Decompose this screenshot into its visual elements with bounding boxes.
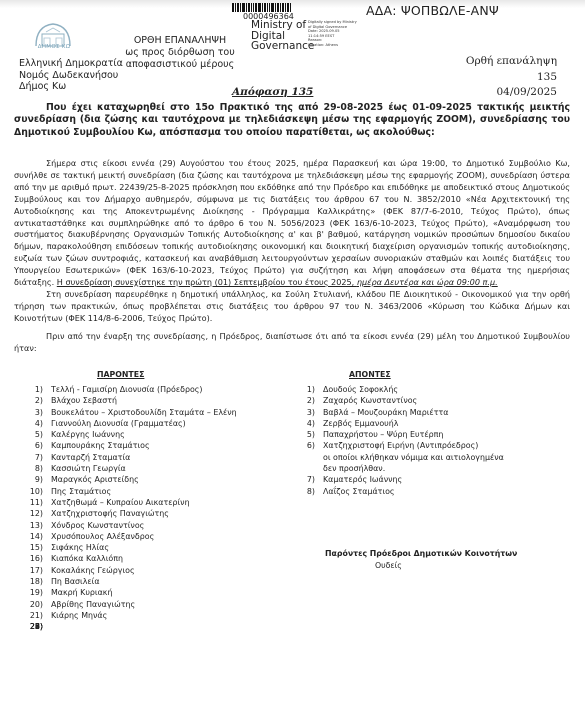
member-list-item: 10)Πης Σταμάτιος bbox=[24, 486, 237, 497]
member-number: 6) bbox=[24, 440, 43, 451]
org-line: Ελληνική Δημοκρατία bbox=[19, 58, 123, 70]
ministry-line: Governance bbox=[251, 41, 314, 52]
absence-note-line: δεν προσήλθαν. bbox=[323, 463, 504, 474]
member-name: Χόνδρος Κωνσταντίνος bbox=[51, 521, 144, 530]
member-number: 8) bbox=[24, 463, 43, 474]
member-name: Πης Σταμάτιος bbox=[51, 487, 111, 496]
digital-signature-block: Digitally signed by Ministry of Digital … bbox=[308, 20, 368, 48]
member-name: Τελλή - Γαμισίρη Διονυσία (Πρόεδρος) bbox=[51, 385, 203, 394]
member-name: Παπαχρήστου – Ψύρη Ευτέρπη bbox=[323, 430, 443, 439]
absence-note: οι οποίοι κλήθηκαν νόμιμα και αιτιολογημ… bbox=[296, 452, 504, 475]
member-name: Κασσιώτη Γεωργία bbox=[51, 464, 126, 473]
quorum-paragraph: Πριν από την έναρξη της συνεδρίασης, η Π… bbox=[14, 331, 570, 355]
member-name: Λαΐζος Σταμάτιος bbox=[323, 487, 395, 496]
member-name: Γιαννούλη Διονυσία (Γραμματέας) bbox=[51, 419, 186, 428]
member-list-item: 5)Παπαχρήστου – Ψύρη Ευτέρπη bbox=[296, 429, 504, 440]
session-text: Σήμερα στις είκοσι εννέα (29) Αυγούστου … bbox=[14, 158, 570, 287]
member-number: 10) bbox=[24, 486, 43, 497]
correction-line: ως προς διόρθωση του bbox=[120, 47, 240, 59]
member-name: Κοκαλάκης Γεώργιος bbox=[51, 566, 135, 575]
member-list-item: 1)Τελλή - Γαμισίρη Διονυσία (Πρόεδρος) bbox=[24, 384, 237, 395]
member-list-item: 5)Καλέργης Ιωάννης bbox=[24, 429, 237, 440]
member-number: 1) bbox=[296, 384, 315, 395]
present-members-list: 1)Τελλή - Γαμισίρη Διονυσία (Πρόεδρος)2)… bbox=[24, 384, 237, 621]
member-list-item: 4)Ζερβός Εμμανουήλ bbox=[296, 418, 504, 429]
member-list-item: 6)Καμπουράκης Σταμάτιος bbox=[24, 440, 237, 451]
document-reference: Ορθή επανάληψη 135 04/09/2025 bbox=[466, 54, 557, 101]
member-list-item: 7)Καματερός Ιωάννης bbox=[296, 474, 504, 485]
member-number: 11) bbox=[24, 497, 43, 508]
member-list-item: 13)Χόνδρος Κωνσταντίνος bbox=[24, 520, 237, 531]
member-number: 5) bbox=[296, 429, 315, 440]
member-list-item: 3)Βουκελάτου – Χριστοδουλίδη Σταμάτα – Ε… bbox=[24, 407, 237, 418]
member-name: Μακρή Κυριακή bbox=[51, 588, 112, 597]
member-name: Χατζηθωμά – Κυπραίου Αικατερίνη bbox=[51, 498, 190, 507]
member-number: 15) bbox=[24, 542, 43, 553]
member-list-item: 16)Κιαπόκα Καλλιόπη bbox=[24, 553, 237, 564]
member-list-item: 6)Χατζηχριστοφή Ειρήνη (Αντιπρόεδρος) bbox=[296, 440, 504, 451]
member-number: 4) bbox=[24, 418, 43, 429]
barcode bbox=[232, 3, 302, 12]
member-list-item: 8)Κασσιώτη Γεωργία bbox=[24, 463, 237, 474]
member-number: 12) bbox=[24, 508, 43, 519]
community-chairs-heading: Παρόντες Πρόεδροι Δημοτικών Κοινοτήτων bbox=[325, 549, 517, 558]
member-name: Καμπουράκης Σταμάτιος bbox=[51, 441, 150, 450]
member-name: Κιαπόκα Καλλιόπη bbox=[51, 554, 123, 563]
member-number: 13) bbox=[24, 520, 43, 531]
member-name: Βαβλά – Μουζουράκη Μαριέττα bbox=[323, 408, 448, 417]
member-name: Πη Βασιλεία bbox=[51, 577, 100, 586]
org-line: Νομός Δωδεκανήσου bbox=[19, 70, 123, 82]
clerk-paragraph: Στη συνεδρίαση παρευρέθηκε η δημοτική υπ… bbox=[14, 289, 570, 325]
absence-note-line: οι οποίοι κλήθηκαν νόμιμα και αιτιολογημ… bbox=[323, 452, 504, 463]
member-number: 17) bbox=[24, 565, 43, 576]
member-number: 8) bbox=[296, 486, 315, 497]
member-name: Καλέργης Ιωάννης bbox=[51, 430, 125, 439]
member-number: 5) bbox=[24, 429, 43, 440]
member-name: Δουδούς Σοφοκλής bbox=[323, 385, 398, 394]
logo-caption: ΔΗΜΟΣ ΚΩ bbox=[24, 44, 84, 50]
absent-members-block: 1)Δουδούς Σοφοκλής2)Ζαχαρός Κωνσταντίνος… bbox=[296, 384, 504, 497]
ada-code: ΑΔΑ: ΨΟΠΒΩΛΕ-ΑΝΨ bbox=[366, 3, 499, 18]
member-number: 18) bbox=[24, 576, 43, 587]
continuation-note: Η συνεδρίαση συνεχίστηκε την πρώτη (01) … bbox=[57, 277, 498, 287]
member-number: 19) bbox=[24, 587, 43, 598]
absent-heading: ΑΠΟΝΤΕΣ bbox=[349, 370, 391, 379]
issuing-organization: Ελληνική Δημοκρατία Νομός Δωδεκανήσου Δή… bbox=[19, 58, 123, 93]
ministry-line: Ministry of bbox=[251, 20, 314, 31]
member-name: Αβρίθης Παναγιώτης bbox=[51, 600, 135, 609]
member-name: Καματερός Ιωάννης bbox=[323, 475, 402, 484]
member-list-item: 7)Κανταρζή Σταματία bbox=[24, 452, 237, 463]
member-number: 20) bbox=[24, 599, 43, 610]
member-name: Ζαχαρός Κωνσταντίνος bbox=[323, 396, 417, 405]
member-list-item: 1)Δουδούς Σοφοκλής bbox=[296, 384, 504, 395]
member-name: Κιάρης Μηνάς bbox=[51, 611, 107, 620]
member-name: Ζερβός Εμμανουήλ bbox=[323, 419, 398, 428]
member-number: 21) bbox=[24, 610, 43, 621]
reference-number: 135 bbox=[466, 70, 557, 86]
member-number: 7) bbox=[296, 474, 315, 485]
member-list-item: 11)Χατζηθωμά – Κυπραίου Αικατερίνη bbox=[24, 497, 237, 508]
member-number: 4) bbox=[296, 418, 315, 429]
absent-members-list: 1)Δουδούς Σοφοκλής2)Ζαχαρός Κωνσταντίνος… bbox=[296, 384, 504, 452]
member-number: 2) bbox=[296, 395, 315, 406]
present-heading: ΠΑΡΟΝΤΕΣ bbox=[97, 370, 144, 379]
member-number: 3) bbox=[24, 407, 43, 418]
member-number: 9) bbox=[24, 474, 43, 485]
member-list-item: 2)Ζαχαρός Κωνσταντίνος bbox=[296, 395, 504, 406]
member-name: Κανταρζή Σταματία bbox=[51, 453, 130, 462]
member-list-item: 20)Αβρίθης Παναγιώτης bbox=[24, 599, 237, 610]
correction-notice: ΟΡΘΗ ΕΠΑΝΑΛΗΨΗ ως προς διόρθωση του αποφ… bbox=[120, 35, 240, 71]
member-list-item: 8)Λαΐζος Σταμάτιος bbox=[296, 486, 504, 497]
community-chairs-value: Ουδείς bbox=[375, 561, 402, 570]
member-name: Βουκελάτου – Χριστοδουλίδη Σταμάτα – Ελέ… bbox=[51, 408, 237, 417]
member-list-item: 19)Μακρή Κυριακή bbox=[24, 587, 237, 598]
member-name: Βλάχου Σεβαστή bbox=[51, 396, 117, 405]
continuation-text: Η συνεδρίαση συνεχίστηκε την πρώτη (01) … bbox=[57, 277, 357, 287]
continuation-time: ημέρα Δευτέρα και ώρα 09:00 π.μ. bbox=[357, 277, 498, 287]
member-list-item: 15)Σιφάκης Ηλίας bbox=[24, 542, 237, 553]
reference-status: Ορθή επανάληψη bbox=[466, 54, 557, 70]
member-number: 16) bbox=[24, 553, 43, 564]
member-name: Χατζηχριστοφή Ειρήνη (Αντιπρόεδρος) bbox=[323, 441, 478, 450]
session-paragraph: Σήμερα στις είκοσι εννέα (29) Αυγούστου … bbox=[14, 158, 570, 289]
minutes-body: Σήμερα στις είκοσι εννέα (29) Αυγούστου … bbox=[14, 158, 570, 355]
correction-line: ΟΡΘΗ ΕΠΑΝΑΛΗΨΗ bbox=[120, 35, 240, 47]
member-list-item: 21)Κιάρης Μηνάς bbox=[24, 610, 237, 621]
member-list-item: 17)Κοκαλάκης Γεώργιος bbox=[24, 565, 237, 576]
correction-line: αποφασιστικού μέρους bbox=[120, 59, 240, 71]
org-line: Δήμος Κω bbox=[19, 81, 123, 93]
member-list-item: 3)Βαβλά – Μουζουράκη Μαριέττα bbox=[296, 407, 504, 418]
signing-authority: Ministry of Digital Governance bbox=[251, 20, 314, 52]
signature-line: Location: Athens bbox=[308, 43, 368, 48]
member-name: Χατζηχριστοφής Παναγιώτης bbox=[51, 509, 169, 518]
member-number: 29) bbox=[24, 621, 43, 632]
intro-paragraph: Που έχει καταχωρηθεί στο 15ο Πρακτικό τη… bbox=[14, 102, 570, 139]
member-number: 3) bbox=[296, 407, 315, 418]
member-name: Χρυσόπουλος Αλέξανδρος bbox=[51, 532, 154, 541]
absent-members-list-continued: 7)Καματερός Ιωάννης8)Λαΐζος Σταμάτιος bbox=[296, 474, 504, 497]
member-number: 6) bbox=[296, 440, 315, 451]
member-number: 14) bbox=[24, 531, 43, 542]
member-list-item: 4)Γιαννούλη Διονυσία (Γραμματέας) bbox=[24, 418, 237, 429]
member-list-item: 14)Χρυσόπουλος Αλέξανδρος bbox=[24, 531, 237, 542]
member-name: Σιφάκης Ηλίας bbox=[51, 543, 109, 552]
member-name: Μαραγκός Αριστείδης bbox=[51, 475, 139, 484]
member-number: 2) bbox=[24, 395, 43, 406]
decision-title: Απόφαση 135 bbox=[232, 86, 313, 98]
member-list-item: 18)Πη Βασιλεία bbox=[24, 576, 237, 587]
member-list-item: 2)Βλάχου Σεβαστή bbox=[24, 395, 237, 406]
member-list-item: 9)Μαραγκός Αριστείδης bbox=[24, 474, 237, 485]
member-number: 1) bbox=[24, 384, 43, 395]
member-number: 7) bbox=[24, 452, 43, 463]
member-list-item: 12)Χατζηχριστοφής Παναγιώτης bbox=[24, 508, 237, 519]
reference-date: 04/09/2025 bbox=[466, 85, 557, 101]
